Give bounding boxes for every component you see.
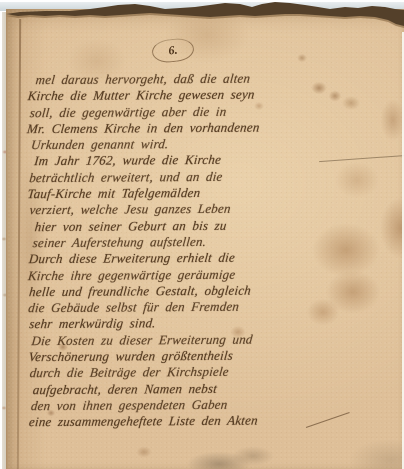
binding-crease	[17, 19, 21, 469]
torn-page-top-edge	[0, 0, 404, 30]
page-number-oval: 6.	[151, 37, 195, 64]
handwritten-line: durch die Beiträge der Kirchspiele	[29, 363, 370, 382]
handwritten-line: Kirche die Mutter Kirche gewesen seyn	[27, 86, 368, 105]
handwritten-line: Im Jahr 1762, wurde die Kirche	[33, 151, 368, 170]
handwritten-line: sehr merkwürdig sind.	[29, 314, 370, 333]
manuscript-paper: 6. mel daraus hervorgeht, daß die alten …	[6, 9, 404, 469]
handwritten-line: verziert, welche Jesu ganzes Leben	[29, 200, 369, 219]
handwritten-text-block: mel daraus hervorgeht, daß die alten Kir…	[26, 70, 368, 431]
scanned-manuscript-page: 6. mel daraus hervorgeht, daß die alten …	[0, 0, 404, 469]
page-number: 6.	[168, 43, 179, 59]
handwritten-line: Durch diese Erweiterung erhielt die	[28, 249, 369, 268]
